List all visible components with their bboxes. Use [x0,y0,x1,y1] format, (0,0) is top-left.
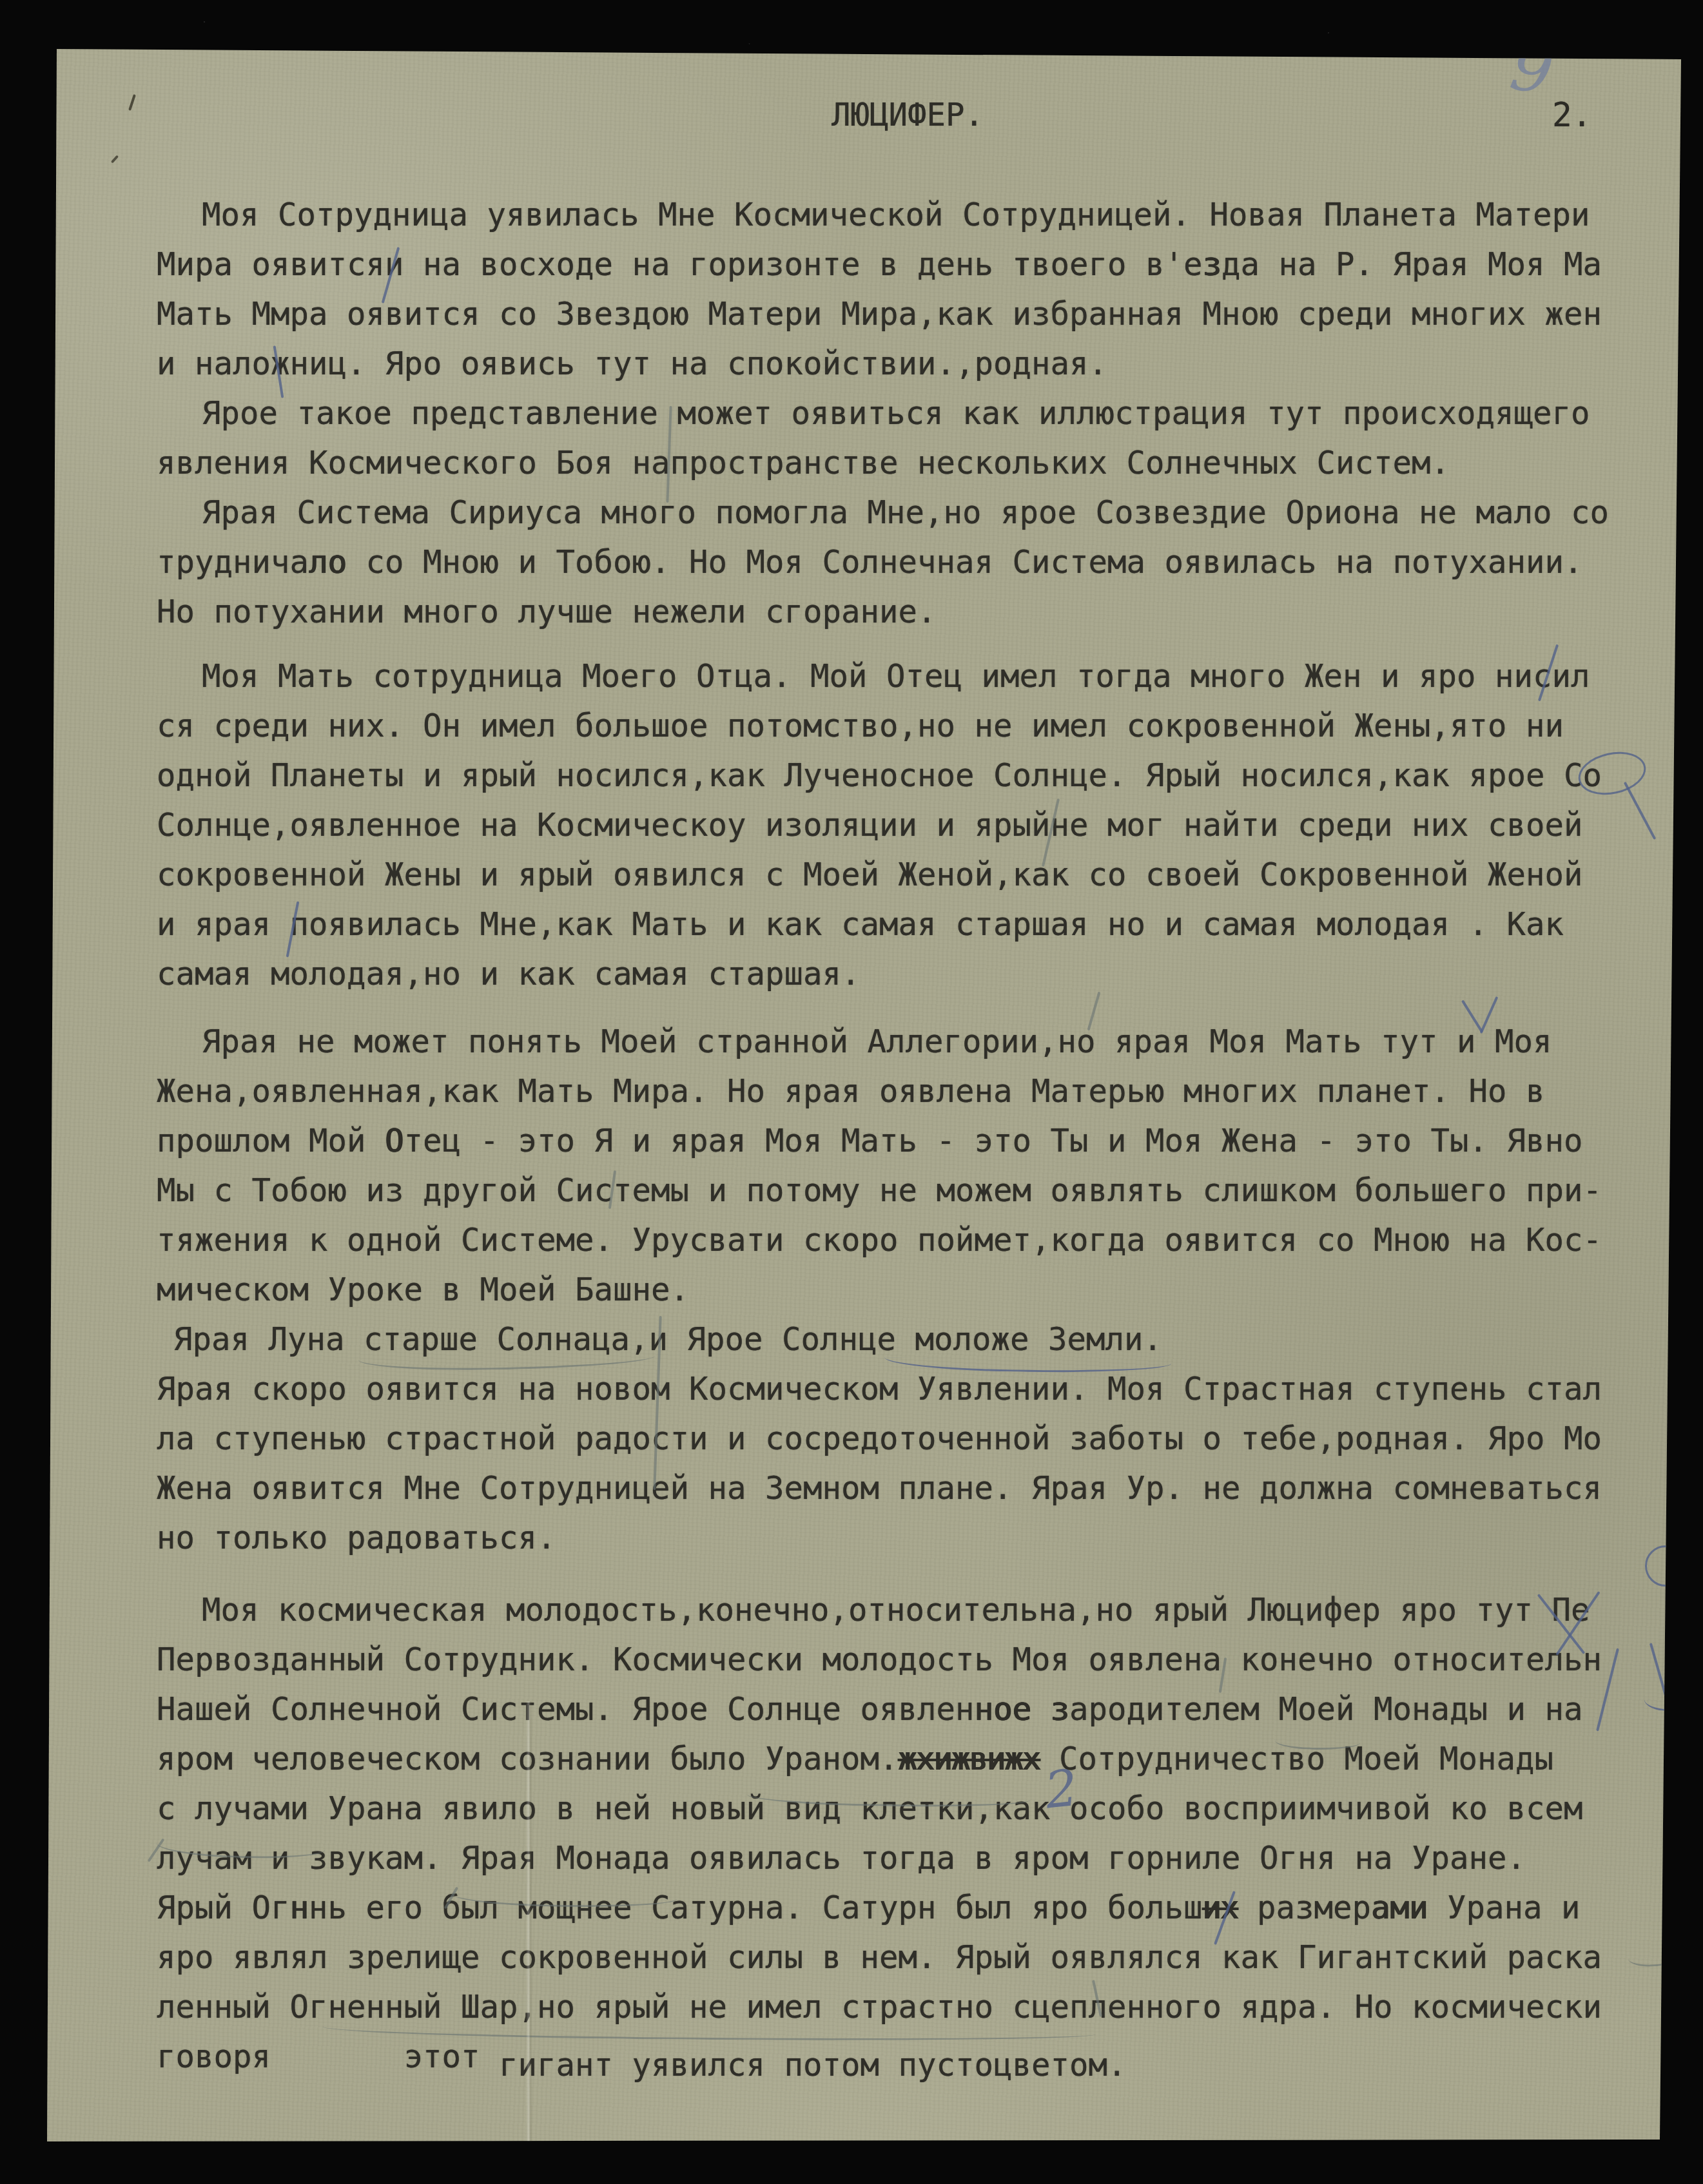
typed-line: ленный Огненный Шар,но ярый не имел стра… [157,1982,1633,2032]
typed-line: тяжения к одной Системе. Урусвати скоро … [157,1215,1633,1265]
typed-line: Ярая Система Сириуса много помогла Мне,н… [157,488,1633,537]
typed-line: Мы с Тобою из другой Системы и потому не… [157,1166,1633,1215]
typed-line: говоря этот гигант уявился потом пустоцв… [157,2032,1633,2082]
typed-line: ла ступенью страстной радости и сосредот… [157,1414,1633,1464]
typed-line: яро являл зрелище сокровенной силы в нем… [157,1933,1633,1982]
typed-segment-b: ами [1371,1889,1428,1926]
margin-loop-after-stal [1645,1545,1686,1587]
margin-curl-after-mo [1643,1699,1686,1714]
margin-stroke-after-stal [1673,1546,1697,1602]
typed-segment-b: з [1051,1691,1070,1728]
paragraph: Моя космическая молодость,конечно,относи… [157,1585,1633,2082]
typed-segment-b: О [385,1123,404,1159]
typed-segment-b: з [1203,246,1222,283]
typed-line: Ярый Огннь его был мощнее Сатурна. Сатур… [157,1883,1633,1933]
typed-line: Моя Сотрудница уявилась Мне Космической … [157,190,1633,240]
typed-line: прошлом Мой Отец - это Я и ярая Моя Мать… [157,1116,1633,1166]
typed-line: сокровенной Жены и ярый оявился с Моей Ж… [157,850,1633,900]
typed-line: Моя космическая молодость,конечно,относи… [157,1585,1633,1635]
typed-segment-xstrike: жхижвижх [899,1741,1040,1777]
typed-line: Ярая скоро оявится на новом Космическом … [157,1364,1633,1414]
typed-line: явления Космического Боя напространстве … [157,438,1633,488]
paragraph: Моя Мать сотрудница Моего Отца. Мой Отец… [157,652,1633,999]
typed-line: ся среди них. Он имел большое потомство,… [157,701,1633,751]
document-title: ЛЮЦИФЕР. [832,97,984,133]
margin-wave-raska [1628,1955,1688,1968]
page-number: 2. [1552,97,1591,135]
typed-text-body: Моя Сотрудница уявилась Мне Космической … [157,190,1633,2082]
typed-line: Но потухании много лучше нежели сгорание… [157,587,1633,637]
paragraph: Ярая не может понять Моей странной Аллег… [157,1017,1633,1315]
typed-line: яром человеческом сознании было Ураном.ж… [157,1734,1633,1784]
typed-line: Ярое такое представление может оявиться … [157,389,1633,438]
typed-line: и наложниц. Яро оявись тут на спокойстви… [157,339,1633,389]
typed-segment-b: н [290,1889,309,1926]
typed-line: мическом Уроке в Моей Башне. [157,1265,1633,1315]
typed-segment-xstrike: их [1203,1889,1238,1926]
paragraph: Моя Сотрудница уявилась Мне Космической … [157,190,1633,389]
typed-segment-b: ное [975,1691,1032,1728]
paper-flaw-speck [111,155,119,163]
typed-line: Мать Ммра оявится со Звездою Матери Мира… [157,289,1633,339]
typed-segment-b: т [1013,246,1032,283]
typed-line: но только радоваться. [157,1513,1633,1563]
paragraph: Ярая Луна старше Солнаца,и Ярое Солнце м… [157,1315,1633,1563]
scanned-document-photo: ЛЮЦИФЕР. 2. Моя Сотрудница уявилась Мне … [0,0,1703,2184]
typed-line: Первозданный Сотрудник. Космически молод… [157,1635,1633,1685]
typed-line: Жена оявится Мне Сотрудницей на Земном п… [157,1464,1633,1513]
paragraph: Ярое такое представление может оявиться … [157,389,1633,488]
typed-line: трудничало со Мною и Тобою. Но Моя Солне… [157,537,1633,587]
typed-line: Нашей Солнечной Системы. Ярое Солнце ояв… [157,1685,1633,1734]
typed-line: одной Планеты и ярый носился,как Лученос… [157,751,1633,800]
typed-line: Ярая не может понять Моей странной Аллег… [157,1017,1633,1067]
typed-line: Мира оявитсяи на восходе на горизонте в … [157,240,1633,289]
typed-segment-b: ло [309,544,347,581]
typed-segment-shift: гигант уявился потом пустоцветом. [499,2040,1127,2090]
typed-line: Солнце,оявленное на Космическоу изоляции… [157,800,1633,850]
typed-line: самая молодая,но и как самая старшая. [157,949,1633,999]
typed-line: лучам и звукам. Ярая Монада оявилась тог… [157,1833,1633,1883]
margin-stroke-after-mo [1649,1643,1669,1703]
typed-line: и ярая появилась Мне,как Мать и как сама… [157,900,1633,949]
paragraph: Ярая Система Сириуса много помогла Мне,н… [157,488,1633,637]
typed-line: Ярая Луна старше Солнаца,и Ярое Солнце м… [157,1315,1633,1364]
paper-flaw-speck [128,94,136,111]
typed-line: с лучами Урана явило в ней новый вид кле… [157,1784,1633,1833]
typed-line: Жена,оявленная,как Мать Мира. Но ярая оя… [157,1067,1633,1116]
document-page: ЛЮЦИФЕР. 2. Моя Сотрудница уявилась Мне … [0,0,1703,2184]
handwritten-page-index: 9 [1506,34,1558,105]
typed-line: Моя Мать сотрудница Моего Отца. Мой Отец… [157,652,1633,701]
